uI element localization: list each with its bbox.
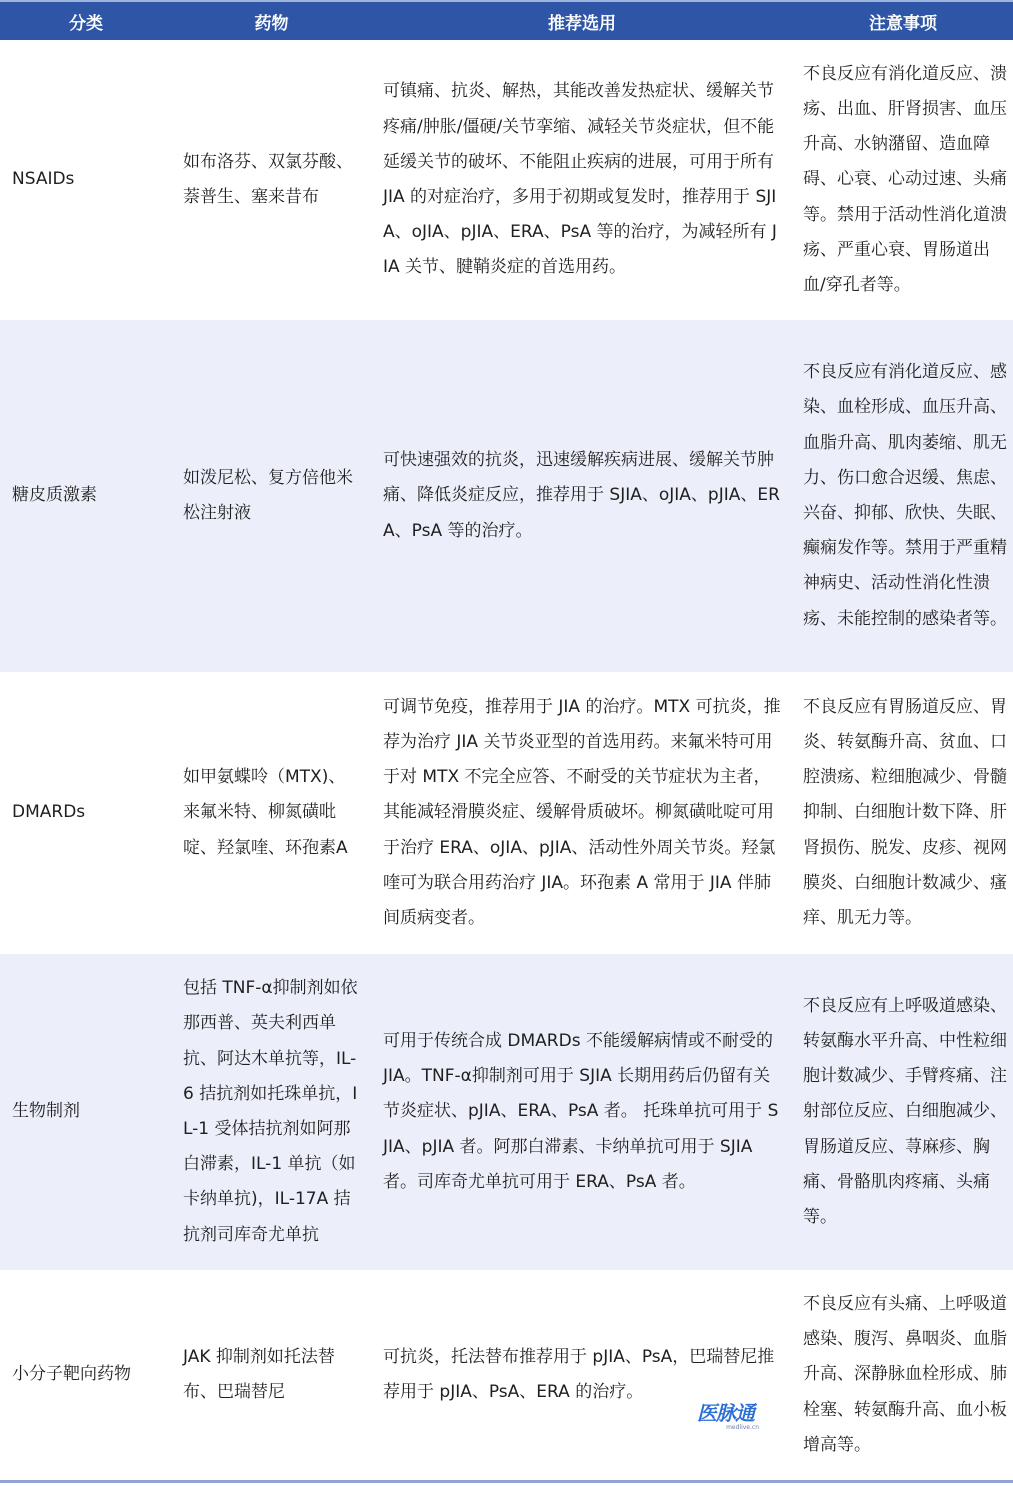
notes-cell: 不良反应有上呼吸道感染、转氨酶水平升高、中性粒细胞计数减少、手臂疼痛、注射部位反… [793, 954, 1013, 1270]
category-cell: 糖皮质激素 [0, 320, 172, 672]
notes-text: 不良反应有消化道反应、感染、血栓形成、血压升高、血脂升高、肌肉萎缩、肌无力、伤口… [803, 355, 1007, 637]
header-drugs: 药物 [172, 2, 371, 40]
notes-cell: 不良反应有消化道反应、溃疡、出血、肝肾损害、血压升高、水钠潴留、造血障碍、心衰、… [793, 40, 1013, 320]
recommendation-cell: 可用于传统合成 DMARDs 不能缓解病情或不耐受的 JIA。TNF-α抑制剂可… [371, 954, 793, 1270]
notes-text: 不良反应有头痛、上呼吸道感染、腹泻、鼻咽炎、血脂升高、深静脉血栓形成、肺栓塞、转… [803, 1287, 1007, 1463]
drugs-cell: 如甲氨蝶呤（MTX)、来氟米特、柳氮磺吡啶、羟氯喹、环孢素A [172, 672, 371, 954]
category-cell: 小分子靶向药物 [0, 1270, 172, 1480]
category-text: 小分子靶向药物 [12, 1357, 131, 1392]
recommendation-cell: 可镇痛、抗炎、解热，其能改善发热症状、缓解关节疼痛/肿胀/僵硬/关节挛缩、减轻关… [371, 40, 793, 320]
header-category: 分类 [0, 2, 172, 40]
header-recommendation: 推荐选用 [371, 2, 793, 40]
drugs-text: 如布洛芬、双氯芬酸、萘普生、塞来昔布 [183, 145, 359, 215]
drug-comparison-table: 分类 药物 推荐选用 注意事项 NSAIDs 如布洛芬、双氯芬酸、萘普生、塞来昔… [0, 0, 1013, 1483]
table-row: 生物制剂 包括 TNF-α抑制剂如依那西普、英夫利西单抗、阿达木单抗等，IL-6… [0, 954, 1013, 1270]
recommendation-text: 可快速强效的抗炎，迅速缓解疾病进展、缓解关节肿痛、降低炎症反应，推荐用于 SJI… [383, 443, 781, 549]
drugs-cell: JAK 抑制剂如托法替布、巴瑞替尼 [172, 1270, 371, 1480]
header-notes: 注意事项 [793, 2, 1013, 40]
notes-cell: 不良反应有头痛、上呼吸道感染、腹泻、鼻咽炎、血脂升高、深静脉血栓形成、肺栓塞、转… [793, 1270, 1013, 1480]
notes-cell: 不良反应有消化道反应、感染、血栓形成、血压升高、血脂升高、肌肉萎缩、肌无力、伤口… [793, 320, 1013, 672]
category-text: 生物制剂 [12, 1094, 80, 1129]
logo-subtext: medlive.cn [697, 1424, 765, 1432]
table-row: NSAIDs 如布洛芬、双氯芬酸、萘普生、塞来昔布 可镇痛、抗炎、解热，其能改善… [0, 40, 1013, 320]
recommendation-cell: 可抗炎，托法替布推荐用于 pJIA、PsA，巴瑞替尼推荐用于 pJIA、PsA、… [371, 1270, 793, 1480]
category-text: 糖皮质激素 [12, 478, 97, 513]
drugs-text: 包括 TNF-α抑制剂如依那西普、英夫利西单抗、阿达木单抗等，IL-6 拮抗剂如… [183, 971, 359, 1253]
recommendation-text: 可抗炎，托法替布推荐用于 pJIA、PsA，巴瑞替尼推荐用于 pJIA、PsA、… [383, 1340, 781, 1410]
table-row: 糖皮质激素 如泼尼松、复方倍他米松注射液 可快速强效的抗炎，迅速缓解疾病进展、缓… [0, 320, 1013, 672]
recommendation-text: 可用于传统合成 DMARDs 不能缓解病情或不耐受的 JIA。TNF-α抑制剂可… [383, 1024, 781, 1200]
notes-cell: 不良反应有胃肠道反应、胃炎、转氨酶升高、贫血、口腔溃疡、粒细胞减少、骨髓抑制、白… [793, 672, 1013, 954]
table-row: DMARDs 如甲氨蝶呤（MTX)、来氟米特、柳氮磺吡啶、羟氯喹、环孢素A 可调… [0, 672, 1013, 954]
category-text: NSAIDs [12, 162, 74, 197]
category-cell: 生物制剂 [0, 954, 172, 1270]
category-text: DMARDs [12, 795, 85, 830]
drugs-text: 如甲氨蝶呤（MTX)、来氟米特、柳氮磺吡啶、羟氯喹、环孢素A [183, 760, 359, 866]
drugs-text: 如泼尼松、复方倍他米松注射液 [183, 461, 359, 531]
drugs-cell: 如布洛芬、双氯芬酸、萘普生、塞来昔布 [172, 40, 371, 320]
recommendation-text: 可调节免疫，推荐用于 JIA 的治疗。MTX 可抗炎，推荐为治疗 JIA 关节炎… [383, 690, 781, 936]
category-cell: DMARDs [0, 672, 172, 954]
logo-mark: 医脉通 [697, 1402, 765, 1424]
notes-text: 不良反应有消化道反应、溃疡、出血、肝肾损害、血压升高、水钠潴留、造血障碍、心衰、… [803, 57, 1007, 303]
drugs-cell: 包括 TNF-α抑制剂如依那西普、英夫利西单抗、阿达木单抗等，IL-6 拮抗剂如… [172, 954, 371, 1270]
notes-text: 不良反应有胃肠道反应、胃炎、转氨酶升高、贫血、口腔溃疡、粒细胞减少、骨髓抑制、白… [803, 690, 1007, 936]
recommendation-cell: 可快速强效的抗炎，迅速缓解疾病进展、缓解关节肿痛、降低炎症反应，推荐用于 SJI… [371, 320, 793, 672]
category-cell: NSAIDs [0, 40, 172, 320]
drugs-cell: 如泼尼松、复方倍他米松注射液 [172, 320, 371, 672]
medlive-logo: 医脉通 medlive.cn [697, 1402, 765, 1434]
recommendation-cell: 可调节免疫，推荐用于 JIA 的治疗。MTX 可抗炎，推荐为治疗 JIA 关节炎… [371, 672, 793, 954]
notes-text: 不良反应有上呼吸道感染、转氨酶水平升高、中性粒细胞计数减少、手臂疼痛、注射部位反… [803, 989, 1007, 1235]
table-bottom-rule [0, 1480, 1013, 1483]
table-row: 小分子靶向药物 JAK 抑制剂如托法替布、巴瑞替尼 可抗炎，托法替布推荐用于 p… [0, 1270, 1013, 1480]
drugs-text: JAK 抑制剂如托法替布、巴瑞替尼 [183, 1340, 359, 1410]
table-header: 分类 药物 推荐选用 注意事项 [0, 0, 1013, 40]
recommendation-text: 可镇痛、抗炎、解热，其能改善发热症状、缓解关节疼痛/肿胀/僵硬/关节挛缩、减轻关… [383, 74, 781, 285]
